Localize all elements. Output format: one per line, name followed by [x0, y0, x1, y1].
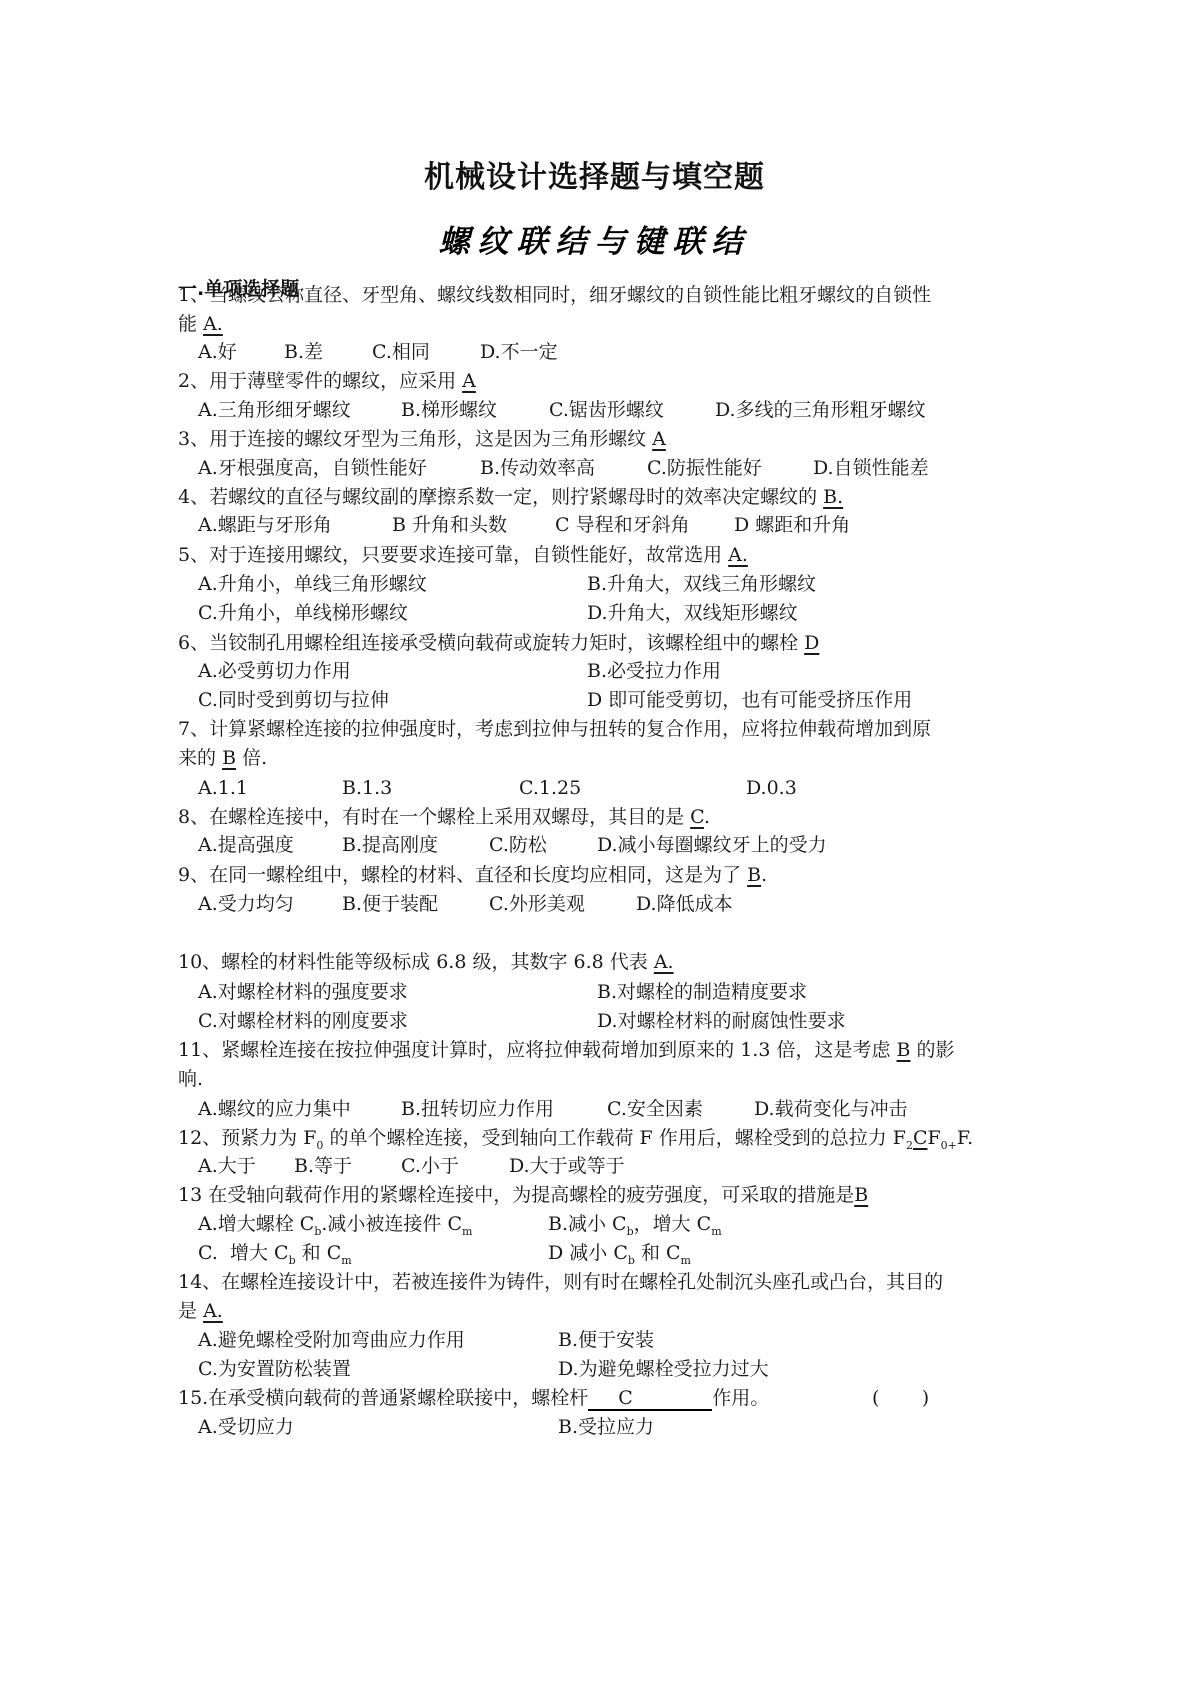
document-subtitle: 螺纹联结与键联结: [0, 216, 1189, 261]
option: C.锯齿形螺纹: [549, 398, 664, 422]
answer: B: [222, 747, 236, 769]
option: B.升角大，双线三角形螺纹: [587, 572, 816, 596]
question-9-stem: 9、在同一螺栓组中，螺栓的材料、直径和长度均应相同，这是为了 B.: [178, 863, 767, 887]
option: C.防松: [489, 833, 547, 857]
option: C.对螺栓材料的刚度要求: [198, 1009, 408, 1033]
option: D.对螺栓材料的耐腐蚀性要求: [597, 1009, 846, 1033]
question-7-stem: 7、计算紧螺栓连接的拉伸强度时，考虑到拉伸与扭转的复合作用，应将拉伸载荷增加到原: [178, 717, 931, 741]
option: B.扭转切应力作用: [401, 1097, 554, 1121]
option: C.1.25: [519, 776, 581, 800]
answer: B.: [823, 486, 843, 508]
option: D.不一定: [480, 340, 558, 364]
option: B.梯形螺纹: [401, 398, 497, 422]
option: A.提高强度: [198, 833, 294, 857]
option: C.安全因素: [607, 1097, 703, 1121]
question-2-stem: 2、用于薄壁零件的螺纹，应采用 A: [178, 369, 476, 393]
answer: B: [897, 1039, 911, 1061]
answer: A: [652, 428, 666, 450]
option: A.受力均匀: [198, 892, 294, 916]
question-6-stem: 6、当铰制孔用螺栓组连接承受横向载荷或旋转力矩时，该螺栓组中的螺栓 D: [178, 631, 819, 655]
question-4-stem: 4、若螺纹的直径与螺纹副的摩擦系数一定，则拧紧螺母时的效率决定螺纹的 B.: [178, 485, 843, 509]
option: D.多线的三角形粗牙螺纹: [715, 398, 926, 422]
question-7-stem-cont: 来的 B 倍.: [178, 746, 267, 770]
question-15-stem: 15.在承受横向载荷的普通紧螺栓联接中，螺栓杆C作用。: [178, 1386, 769, 1411]
option: D.自锁性能差: [813, 456, 929, 480]
question-8-stem: 8、在螺栓连接中，有时在一个螺栓上采用双螺母，其目的是 C.: [178, 805, 710, 829]
option: A.对螺栓材料的强度要求: [198, 980, 408, 1004]
option: D.降低成本: [636, 892, 733, 916]
answer: A.: [203, 313, 223, 335]
option: C. 增大 Cb 和 Cm: [198, 1241, 352, 1273]
question-13-stem: 13 在受轴向载荷作用的紧螺栓连接中，为提高螺栓的疲劳强度，可采取的措施是B: [178, 1183, 868, 1207]
question-5-stem: 5、对于连接用螺纹，只要要求连接可靠，自锁性能好，故常选用 A.: [178, 543, 748, 567]
option: D.升角大，双线矩形螺纹: [587, 601, 798, 625]
question-14-stem-cont: 是 A.: [178, 1299, 223, 1323]
question-11-stem-cont: 响.: [178, 1067, 203, 1091]
answer: A.: [654, 951, 674, 973]
answer: B: [854, 1184, 868, 1206]
question-11-stem: 11、紧螺栓连接在按拉伸强度计算时，应将拉伸载荷增加到原来的 1.3 倍，这是考…: [178, 1038, 955, 1062]
option: C 导程和牙斜角: [555, 513, 690, 537]
option: C.为安置防松装置: [198, 1357, 351, 1381]
answer: D: [804, 632, 819, 654]
option: A.好: [198, 340, 237, 364]
option: C.小于: [401, 1154, 459, 1178]
answer: B: [747, 864, 761, 886]
option: B.便于装配: [342, 892, 438, 916]
answer-bracket: ( ): [872, 1386, 929, 1410]
question-3-stem: 3、用于连接的螺纹牙型为三角形，这是因为三角形螺纹 A: [178, 427, 666, 451]
option: B.差: [284, 340, 323, 364]
option: C.升角小，单线梯形螺纹: [198, 601, 408, 625]
option: C.相同: [372, 340, 430, 364]
option: A.螺纹的应力集中: [198, 1097, 351, 1121]
option: D.大于或等于: [509, 1154, 625, 1178]
answer: A.: [203, 1300, 223, 1322]
question-1-stem: 1、当螺纹公称直径、牙型角、螺纹线数相同时，细牙螺纹的自锁性能比粗牙螺纹的自锁性: [178, 283, 931, 307]
document-page: 机械设计选择题与填空题 螺纹联结与键联结 一.单项选择题 1、当螺纹公称直径、牙…: [0, 0, 1189, 1683]
option: A.1.1: [198, 776, 248, 800]
option: B.提高刚度: [342, 833, 438, 857]
option: D.减小每圈螺纹牙上的受力: [597, 833, 827, 857]
option: D.0.3: [746, 776, 797, 800]
option: D.载荷变化与冲击: [754, 1097, 908, 1121]
option: B.等于: [294, 1154, 352, 1178]
question-1-stem-cont: 能 A.: [178, 312, 223, 336]
option: B.便于安装: [558, 1328, 654, 1352]
option: A.增大螺栓 Cb.减小被连接件 Cm: [198, 1212, 472, 1244]
option: A.受切应力: [198, 1415, 294, 1439]
question-14-stem: 14、在螺栓连接设计中，若被连接件为铸件，则有时在螺栓孔处制沉头座孔或凸台，其目…: [178, 1270, 943, 1294]
option: C.外形美观: [489, 892, 585, 916]
option: A.必受剪切力作用: [198, 659, 351, 683]
option: A.升角小，单线三角形螺纹: [198, 572, 427, 596]
option: A.避免螺栓受附加弯曲应力作用: [198, 1328, 465, 1352]
answer-blank: C: [588, 1387, 712, 1411]
option: B.受拉应力: [558, 1415, 654, 1439]
option: B.必受拉力作用: [587, 659, 721, 683]
option: C.同时受到剪切与拉伸: [198, 688, 389, 712]
option: B 升角和头数: [392, 513, 507, 537]
answer: C: [913, 1127, 928, 1149]
option: A.三角形细牙螺纹: [198, 398, 351, 422]
option: B.1.3: [342, 776, 392, 800]
option: C.防振性能好: [647, 456, 762, 480]
option: D 即可能受剪切，也有可能受挤压作用: [587, 688, 912, 712]
option: A.牙根强度高，自锁性能好: [198, 456, 427, 480]
option: D 减小 Cb 和 Cm: [548, 1241, 691, 1273]
answer: C: [690, 806, 704, 828]
option: A.螺距与牙形角: [198, 513, 332, 537]
document-title: 机械设计选择题与填空题: [0, 152, 1189, 196]
question-10-stem: 10、螺栓的材料性能等级标成 6.8 级，其数字 6.8 代表 A.: [178, 950, 674, 974]
option: B.对螺栓的制造精度要求: [597, 980, 807, 1004]
option: B.传动效率高: [480, 456, 595, 480]
answer: A.: [728, 544, 748, 566]
answer: A: [462, 370, 476, 392]
option: D 螺距和升角: [734, 513, 850, 537]
option: B.减小 Cb，增大 Cm: [548, 1212, 722, 1244]
option: A.大于: [198, 1154, 256, 1178]
option: D.为避免螺栓受拉力过大: [558, 1357, 769, 1381]
